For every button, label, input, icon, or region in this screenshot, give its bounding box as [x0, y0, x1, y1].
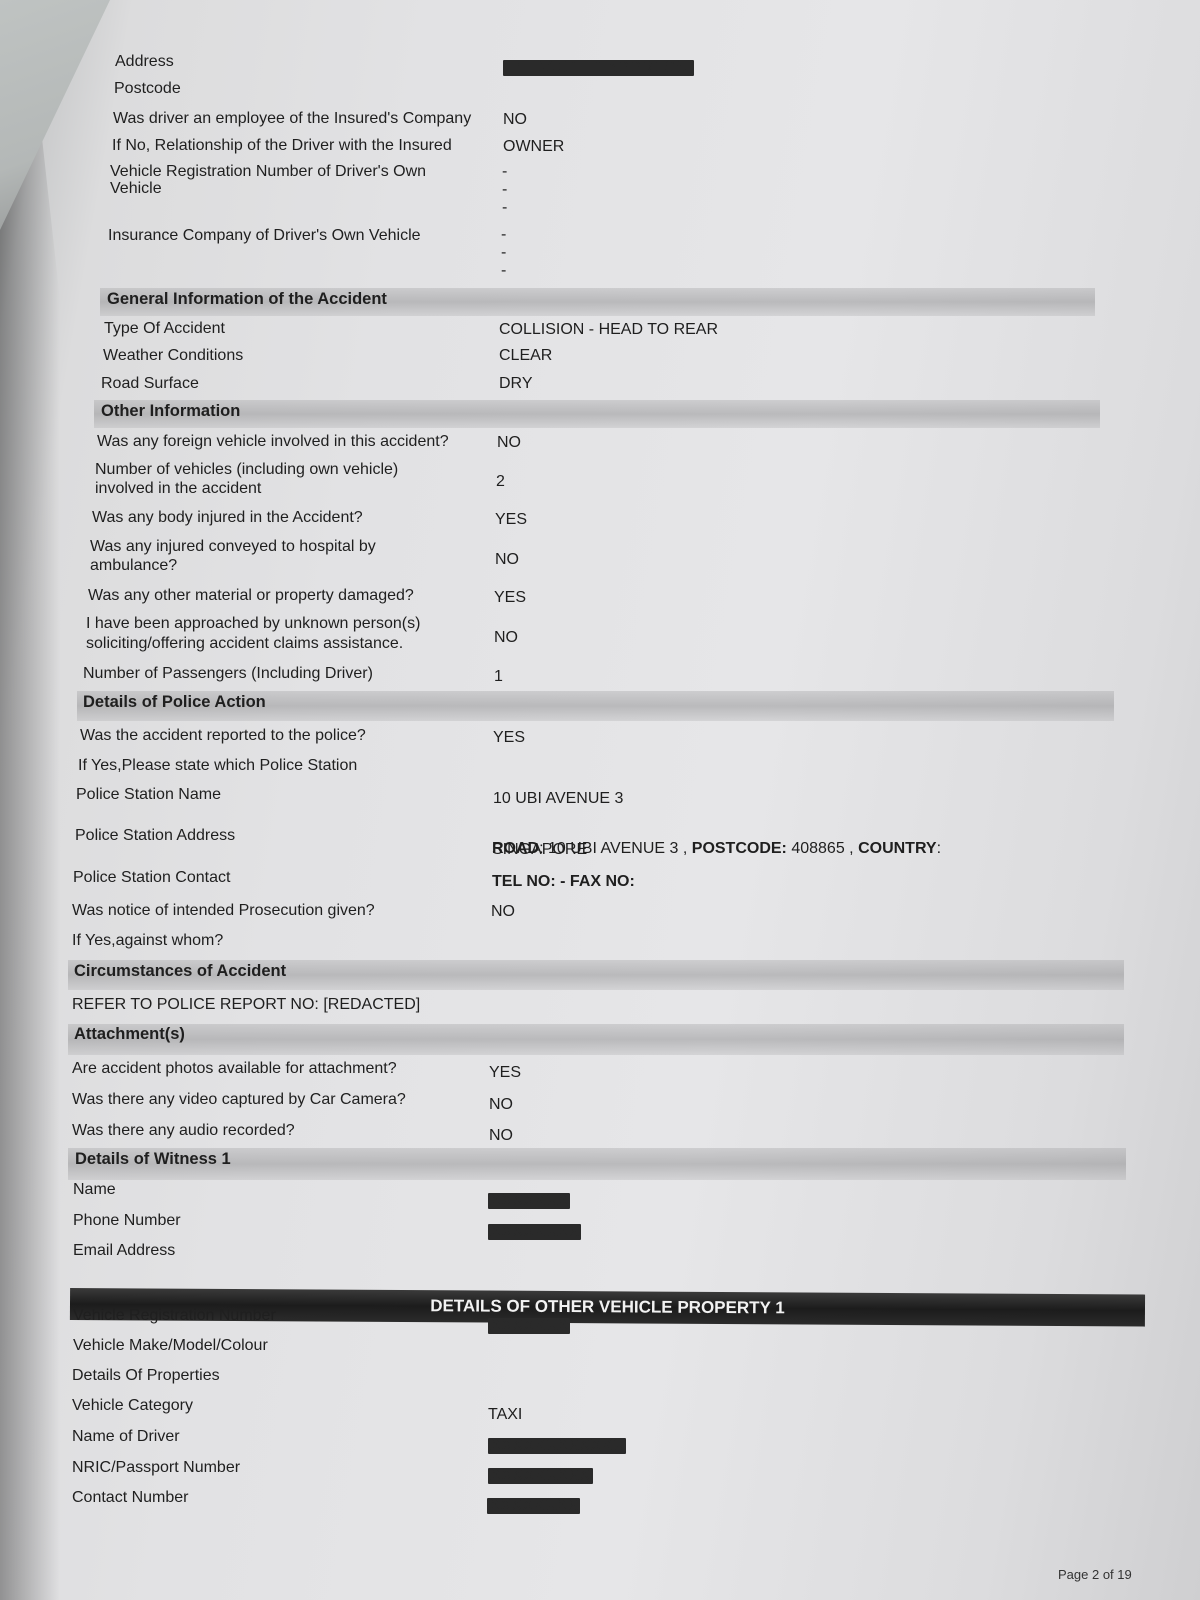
witness-name-label: Name [73, 1180, 116, 1199]
video-label: Was there any video captured by Car Came… [72, 1090, 406, 1109]
passengers-label: Number of Passengers (Including Driver) [83, 664, 373, 683]
num-vehicles-label: Number of vehicles (including own vehicl… [95, 460, 398, 498]
witness-phone-value: XXXXXXXX [488, 1222, 581, 1241]
injured-value: YES [495, 510, 527, 529]
road-surface-value: DRY [499, 374, 533, 393]
ov-contact-value: XXXXXXXX [487, 1496, 580, 1515]
ov-nric-label: NRIC/Passport Number [72, 1458, 240, 1477]
other-info-band [94, 400, 1100, 428]
attachments-title: Attachment(s) [74, 1025, 185, 1044]
reported-value: YES [493, 728, 525, 747]
station-country-value: SINGAPORE [492, 840, 587, 859]
own-vehicle-reg-value: - - - [502, 163, 507, 217]
ov-make-label: Vehicle Make/Model/Colour [73, 1336, 268, 1355]
station-address-label: Police Station Address [75, 826, 235, 845]
approached-label: I have been approached by unknown person… [86, 614, 420, 654]
accident-type-value: COLLISION - HEAD TO REAR [499, 320, 718, 339]
ov-contact-label: Contact Number [72, 1488, 189, 1507]
foreign-vehicle-label: Was any foreign vehicle involved in this… [97, 432, 449, 451]
injured-label: Was any body injured in the Accident? [92, 508, 363, 527]
passengers-value: 1 [494, 667, 503, 686]
own-insurer-value: - - - [501, 226, 506, 280]
ov-category-value: TAXI [488, 1405, 522, 1424]
witness-email-label: Email Address [73, 1241, 175, 1260]
ov-reg-label: Vehicle Registration Number [73, 1306, 276, 1325]
road-surface-label: Road Surface [101, 374, 199, 393]
ov-driver-label: Name of Driver [72, 1427, 180, 1446]
witness-phone-label: Phone Number [73, 1211, 181, 1230]
accident-type-label: Type Of Accident [104, 319, 225, 338]
other-info-title: Other Information [101, 402, 240, 421]
circumstances-title: Circumstances of Accident [74, 962, 286, 981]
own-insurer-label: Insurance Company of Driver's Own Vehicl… [108, 226, 421, 245]
address-label: Address [115, 52, 174, 71]
relationship-label: If No, Relationship of the Driver with t… [112, 136, 452, 155]
weather-label: Weather Conditions [103, 346, 243, 365]
relationship-value: OWNER [503, 137, 564, 156]
other-vehicle-title: DETAILS OF OTHER VEHICLE PROPERTY 1 [430, 1296, 785, 1318]
attachments-band [68, 1024, 1124, 1055]
station-contact-label: Police Station Contact [73, 868, 230, 887]
num-vehicles-value: 2 [496, 472, 505, 491]
police-title: Details of Police Action [83, 693, 266, 712]
video-value: NO [489, 1095, 513, 1114]
page-number: Page 2 of 19 [1058, 1567, 1132, 1582]
ov-driver-value: XXXXXXXXXXXX [488, 1436, 626, 1455]
photos-value: YES [489, 1063, 521, 1082]
property-damaged-label: Was any other material or property damag… [88, 586, 414, 605]
property-damaged-value: YES [494, 588, 526, 607]
page-edge-shadow [0, 0, 60, 1600]
prosecution-label: Was notice of intended Prosecution given… [72, 901, 375, 920]
photos-label: Are accident photos available for attach… [72, 1059, 397, 1078]
ov-properties-label: Details Of Properties [72, 1366, 220, 1385]
postcode-label: Postcode [114, 79, 181, 98]
station-contact-value: TEL NO: - FAX NO: [492, 872, 635, 891]
approached-value: NO [494, 628, 518, 647]
ov-category-label: Vehicle Category [72, 1396, 193, 1415]
prosecution-value: NO [491, 902, 515, 921]
audio-label: Was there any audio recorded? [72, 1121, 295, 1140]
against-whom-label: If Yes,against whom? [72, 931, 223, 950]
ambulance-label: Was any injured conveyed to hospital by … [90, 537, 376, 575]
ambulance-value: NO [495, 550, 519, 569]
witness-title: Details of Witness 1 [75, 1150, 231, 1169]
witness-name-value: XXXXXXX [488, 1191, 570, 1210]
own-vehicle-reg-label: Vehicle Registration Number of Driver's … [110, 163, 426, 197]
address-value: [REDACTED ADDRESS] [503, 58, 694, 77]
which-station-label: If Yes,Please state which Police Station [78, 756, 357, 775]
reported-label: Was the accident reported to the police? [80, 726, 366, 745]
circumstances-text: REFER TO POLICE REPORT NO: [REDACTED] [72, 995, 420, 1014]
ov-nric-value: XXXXXXXXX [488, 1466, 593, 1485]
ov-reg-value: XXXXXXX [488, 1316, 570, 1335]
employee-label: Was driver an employee of the Insured's … [113, 109, 471, 128]
station-name-value: 10 UBI AVENUE 3 [493, 789, 623, 808]
station-name-label: Police Station Name [76, 785, 221, 804]
general-info-title: General Information of the Accident [107, 290, 387, 309]
employee-value: NO [503, 110, 527, 129]
weather-value: CLEAR [499, 346, 552, 365]
claim-form-page: Address [REDACTED ADDRESS] Postcode Was … [0, 0, 1200, 1600]
audio-value: NO [489, 1126, 513, 1145]
foreign-vehicle-value: NO [497, 433, 521, 452]
